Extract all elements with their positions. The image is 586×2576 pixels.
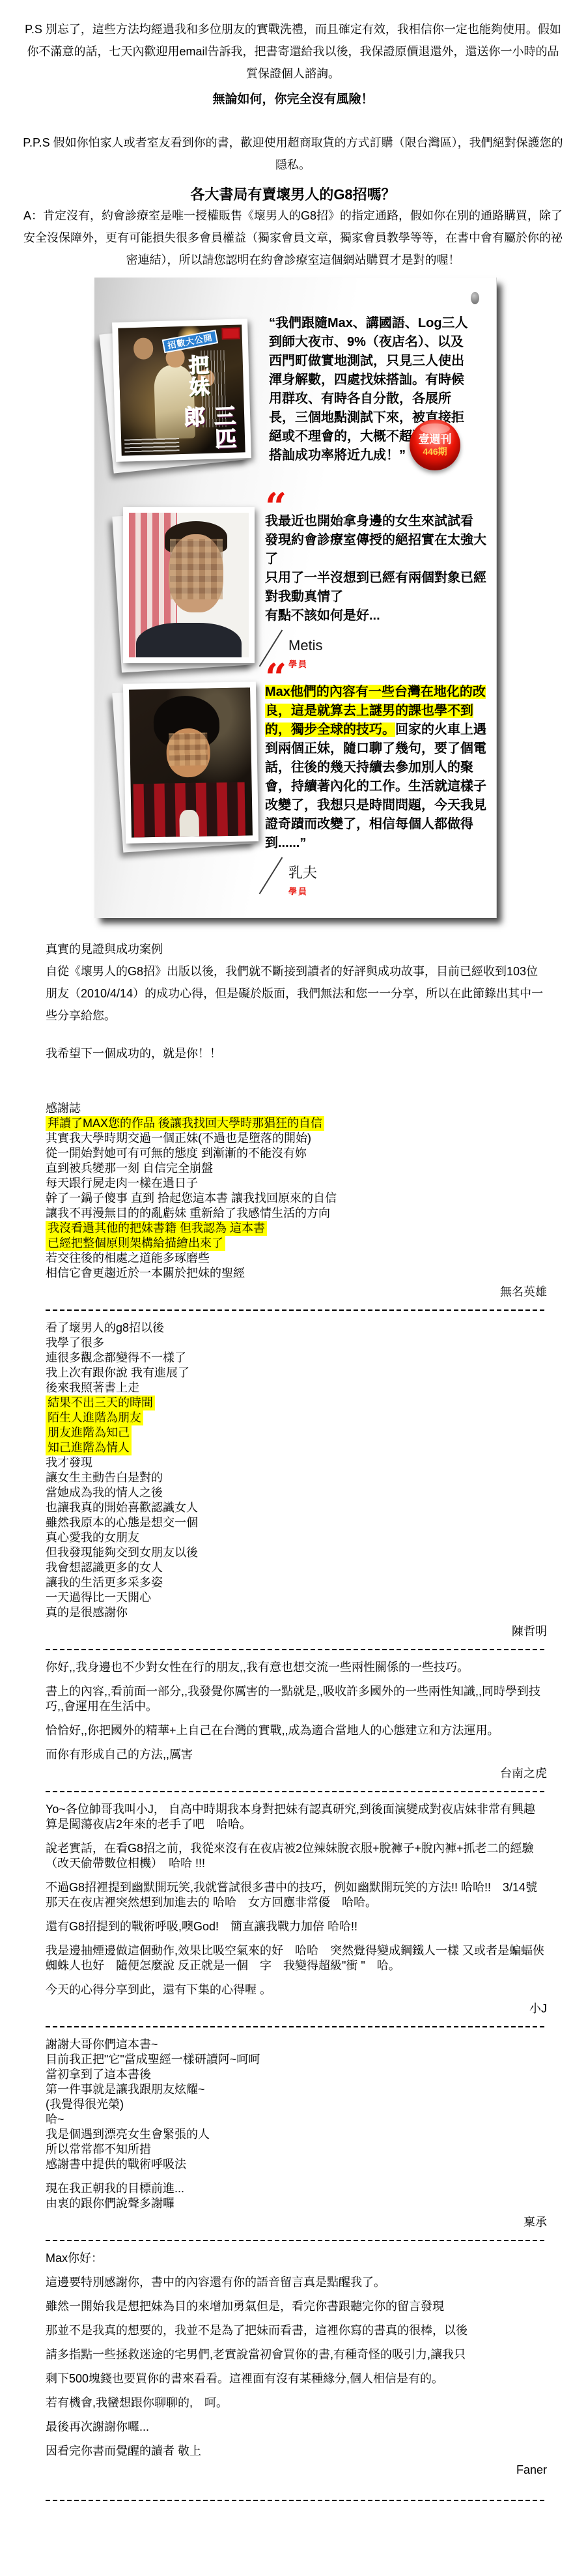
faq-question: 各大書局有賣壞男人的G8招嗎？ (22, 185, 564, 205)
photo-frame (123, 681, 258, 844)
letter-line: 說老實話，在看G8招之前，我從來沒有在夜店被2位辣妹脫衣服+脫褲子+脫內褲+抓老… (46, 1841, 547, 1871)
hole-punch-icon (471, 292, 479, 304)
testimonial-metis: “ 我最近也開始拿身邊的女生來試試看 發現約會診療室傳授的絕招實在太強大了 只用… (265, 493, 490, 674)
testimonials-intro: 真實的見證與成功案例 自從《壞男人的G8招》出版以後，我們就不斷接到讀者的好評與… (46, 938, 547, 1027)
magazine-logo-tag (221, 327, 240, 339)
dashed-separator (46, 2500, 547, 2501)
magazine-photo: 招數大公開 把妹 三匹郎 (114, 321, 249, 460)
magazine-ribbon-label: 招數大公開 (162, 330, 218, 353)
letter-line: 陌生人進階為朋友 (46, 1410, 143, 1425)
letter-line: 我學了很多 (46, 1336, 547, 1351)
letter-line: 剩下500塊錢也要買你的書來看看。這裡面有沒有某種緣分,個人相信是有的。 (46, 2371, 547, 2386)
letter-line: 讓我的生活更多采多姿 (46, 1575, 547, 1590)
letter-line: 請多指點一些拯救迷途的宅男們,老實說當初會買你的書,有種奇怪的吸引力,讓我只 (46, 2347, 547, 2362)
letter-line (46, 2338, 547, 2347)
letter-line: 已經把整個原則架構給描繪出來了 (46, 1236, 225, 1251)
letter-line (46, 1714, 547, 1723)
letter-line: 而你有形成自己的方法,,厲害 (46, 1747, 547, 1762)
letter-lines: 看了壞男人的g8招以後我學了很多連很多觀念都變得不一樣了我上次有跟你說 我有進展… (46, 1321, 547, 1620)
letter-line: 感謝書中提供的戰術呼吸法 (46, 2157, 547, 2172)
student-portrait (129, 513, 249, 657)
letter-line: 雖然我原本的心態是想交一個 (46, 1515, 547, 1530)
testimonial-role: 學員 (288, 882, 493, 901)
dashed-separator (46, 1309, 547, 1311)
reader-letter-1: 感謝誌拜讀了MAX您的作品 後讓我找回大學時那猖狂的自信其實我大學時期交過一個正… (46, 1101, 547, 1300)
reader-letter-4: Yo~各位帥哥我叫小J， 自高中時期我本身對把妹有認真研究,到後面演變成對夜店妹… (46, 1802, 547, 2016)
letter-line: 還有G8招提到的戰術呼吸,噢God! 簡直讓我戰力加倍 哈哈!! (46, 1919, 547, 1934)
letter-line: 直到被兵變那一刻 自信完全崩盤 (46, 1161, 547, 1176)
letter-lines: 謝謝大哥你們這本書~目前我正把"它"當成聖經一樣研讀阿~呵呵當初拿到了這本書後第… (46, 2037, 547, 2211)
letter-line: 我會想認識更多的女人 (46, 1560, 547, 1575)
letter-line: 我才發現 (46, 1455, 547, 1470)
letter-line (46, 2266, 547, 2275)
faq-section: 各大書局有賣壞男人的G8招嗎？ A：肯定沒有，約會診療室是唯一授權販售《壞男人的… (22, 185, 564, 271)
letter-line: 讓我不再漫無目的的亂虧妹 重新給了我感情生活的方向 (46, 1206, 547, 1221)
hope-line: 我希望下一個成功的，就是你！！ (46, 1042, 547, 1065)
letter-line: 拜讀了MAX您的作品 後讓我找回大學時那猖狂的自信 (46, 1116, 324, 1131)
letter-line: 哈~ (46, 2112, 547, 2127)
letter-signature: 小J (46, 2001, 547, 2016)
letter-line: 真心愛我的女朋友 (46, 1530, 547, 1545)
letter-line: 由衷的跟你們說聲多謝囉 (46, 2196, 547, 2211)
photo-frame (123, 507, 255, 663)
student-portrait (129, 687, 253, 837)
testimonials-text-column: 真實的見證與成功案例 自從《壞男人的G8招》出版以後，我們就不斷接到讀者的好評與… (46, 938, 547, 2501)
letter-line: 最後再次謝謝你囉... (46, 2420, 547, 2435)
testimonial-attribution: 乳夫 學員 (265, 863, 493, 901)
testimonial-text: Max他們的內容有一些台灣在地化的改良，這是就算去上謎男的課也學不到的，獨步全球… (265, 683, 493, 853)
quote-mark-icon: “ (265, 663, 493, 683)
dashed-separator (46, 1791, 547, 1792)
letter-line: 當初拿到了這本書後 (46, 2067, 547, 2082)
letter-line: 從一開始對她可有可無的態度 到漸漸的不能沒有妳 (46, 1146, 547, 1161)
letter-line: 知己進階為情人 (46, 1440, 132, 1455)
magazine-cover-photo: 招數大公開 把妹 三匹郎 (118, 324, 245, 455)
letter-line: Yo~各位帥哥我叫小J， 自高中時期我本身對把妹有認真研究,到後面演變成對夜店妹… (46, 1802, 547, 1832)
face-pixelation (170, 539, 223, 599)
letter-line: 看了壞男人的g8招以後 (46, 1321, 547, 1336)
magazine-title-green: 把妹 (182, 354, 212, 398)
letter-line: 幹了一鍋子傻事 直到 拾起您這本書 讓我找回原來的自信 (46, 1191, 547, 1206)
letter-line (46, 2435, 547, 2444)
letter-line (46, 2386, 547, 2396)
quote-mark-icon: “ (265, 493, 490, 512)
letter-line: 一天過得比一天開心 (46, 1590, 547, 1605)
letter-line: 感謝誌 (46, 1101, 547, 1116)
letter-line (46, 2362, 547, 2371)
letter-line (46, 1832, 547, 1841)
reader-letter-6: Max你好：這邊要特別感謝你，書中的內容還有你的語音留言真是點醒我了。雖然一開始… (46, 2251, 547, 2478)
letter-line: 現在我正朝我的目標前進... (46, 2181, 547, 2196)
faq-answer: A：肯定沒有，約會診療室是唯一授權販售《壞男人的G8招》的指定通路，假如你在別的… (22, 205, 564, 271)
letter-line (46, 1871, 547, 1880)
letter-line: 恰恰好,,你把國外的精華+上自己在台灣的實戰,,成為適合當地人的心態建立和方法運… (46, 1723, 547, 1738)
letter-line: 結果不出三天的時間 (46, 1395, 155, 1410)
magazine-title-pink: 三匹郎 (178, 405, 240, 455)
magazine-issue-badge: 壹週刊 446期 (410, 420, 460, 470)
letter-lines: Max你好：這邊要特別感謝你，書中的內容還有你的語音留言真是點醒我了。雖然一開始… (46, 2251, 547, 2459)
letter-line: 目前我正把"它"當成聖經一樣研讀阿~呵呵 (46, 2052, 547, 2067)
letter-line (46, 2314, 547, 2323)
letter-line: 所以常常都不知所措 (46, 2142, 547, 2157)
letter-line: 你好,,我身邊也不少對女性在行的朋友,,我有意也想交流一些兩性關係的一些技巧。 (46, 1660, 547, 1675)
letter-line: 朋友進階為知己 (46, 1425, 132, 1440)
letter-line: 每天跟行屍走肉一樣在過日子 (46, 1176, 547, 1191)
face-pixelation (169, 733, 208, 766)
letter-line: 其實我大學時期交過一個正妹(不過也是墮落的開始) (46, 1131, 547, 1146)
letter-signature: 無名英雄 (46, 1285, 547, 1300)
reader-letter-3: 你好,,我身邊也不少對女性在行的朋友,,我有意也想交流一些兩性關係的一些技巧。書… (46, 1660, 547, 1781)
ps-section: P.S 別忘了，這些方法均經過我和多位朋友的實戰洗禮，而且確定有效，我相信你一定… (22, 0, 564, 111)
letter-signature: 陳哲明 (46, 1624, 547, 1639)
letter-line: 後來我照著書上走 (46, 1381, 547, 1395)
letter-line: 今天的心得分享到此，還有下集的心得喔 。 (46, 1982, 547, 1997)
photo-frame: 招數大公開 把妹 三匹郎 (112, 319, 251, 462)
letter-line: 第一件事就是讓我跟朋友炫耀~ (46, 2082, 547, 2097)
dashed-separator (46, 2240, 547, 2241)
letter-line: 也讓我真的開始喜歡認識女人 (46, 1500, 547, 1515)
letter-signature: Faner (46, 2463, 547, 2478)
letter-lines: 感謝誌拜讀了MAX您的作品 後讓我找回大學時那猖狂的自信其實我大學時期交過一個正… (46, 1101, 547, 1281)
letter-signature: 台南之虎 (46, 1766, 547, 1781)
testimonial-text: 我最近也開始拿身邊的女生來試試看 發現約會診療室傳授的絕招實在太強大了 只用了一… (265, 512, 490, 625)
letter-line: (我覺得很光榮) (46, 2097, 547, 2112)
letter-line: 若有機會,我蠻想跟你聊聊的, 呵。 (46, 2396, 547, 2411)
letter-line: 連很多觀念都變得不一樣了 (46, 1351, 547, 1366)
white-tee (180, 810, 199, 837)
letter-line: Max你好： (46, 2251, 547, 2266)
person-figure (133, 337, 154, 360)
letter-line: 我上次有跟你說 我有進展了 (46, 1366, 547, 1381)
ps-text: P.S 別忘了，這些方法均經過我和多位朋友的實戰洗禮，而且確定有效，我相信你一定… (22, 18, 564, 85)
badge-magazine-name: 壹週刊 (419, 433, 452, 446)
letter-line (46, 1934, 547, 1943)
pps-section: P.P.S 假如你怕家人或者室友看到你的書，歡迎使用超商取貨的方式訂購（限台灣區… (22, 132, 564, 176)
letter-line: 真的是很感謝你 (46, 1605, 547, 1620)
letter-line: 謝謝大哥你們這本書~ (46, 2037, 547, 2052)
letter-line: 若交往後的相處之道能多琢磨些 (46, 1251, 547, 1266)
letter-line (46, 2172, 547, 2181)
testimonial-paper: 招數大公開 把妹 三匹郎 “我們跟隨Max、講國語、Log三人到師大夜市、9%（… (94, 278, 497, 918)
sales-letter-page: P.S 別忘了，這些方法均經過我和多位朋友的實戰洗禮，而且確定有效，我相信你一定… (0, 0, 586, 2501)
letter-line: 讓女生主動告白是對的 (46, 1470, 547, 1485)
letter-line: 雖然一開始我是想把妹為目的來增加勇氣但是，看完你書跟聽完你的留言發現 (46, 2299, 547, 2314)
letter-line: 相信它會更趨近於一本關於把妹的聖經 (46, 1266, 547, 1281)
reader-letter-2: 看了壞男人的g8招以後我學了很多連很多觀念都變得不一樣了我上次有跟你說 我有進展… (46, 1321, 547, 1639)
no-risk-line: 無論如何，你完全沒有風險！ (22, 89, 564, 111)
letter-line (46, 1738, 547, 1747)
pps-text: P.P.S 假如你怕家人或者室友看到你的書，歡迎使用超商取貨的方式訂購（限台灣區… (22, 132, 564, 176)
person-shirt (136, 623, 242, 657)
letter-line: 那並不是我真的想要的，我並不是為了把妹而看書，這裡你寫的書真的很棒，以後 (46, 2323, 547, 2338)
dashed-separator (46, 2026, 547, 2027)
letter-lines: Yo~各位帥哥我叫小J， 自高中時期我本身對把妹有認真研究,到後面演變成對夜店妹… (46, 1802, 547, 1997)
letter-line: 但我發現能夠交到女朋友以後 (46, 1545, 547, 1560)
testimonial-name: 乳夫 (288, 863, 493, 882)
letter-line: 當她成為我的情人之後 (46, 1485, 547, 1500)
letter-line (46, 2411, 547, 2420)
testimonial-name: Metis (288, 636, 490, 655)
slash-line (259, 857, 283, 894)
letter-lines: 你好,,我身邊也不少對女性在行的朋友,,我有意也想交流一些兩性關係的一些技巧。書… (46, 1660, 547, 1762)
letter-line (46, 1675, 547, 1684)
photo-caption-texture (124, 438, 180, 452)
letter-line: 我沒看過其他的把妹書籍 但我認為 這本書 (46, 1221, 267, 1236)
letter-line (46, 1910, 547, 1919)
letter-line: 因看完你書而覺醒的讀者 敬上 (46, 2444, 547, 2459)
letter-signature: 稟承 (46, 2215, 547, 2230)
dashed-separator (46, 1649, 547, 1650)
letter-line: 我是個遇到漂亮女生會緊張的人 (46, 2127, 547, 2142)
reader-letter-5: 謝謝大哥你們這本書~目前我正把"它"當成聖經一樣研讀阿~呵呵當初拿到了這本書後第… (46, 2037, 547, 2230)
student-photo-metis (123, 507, 255, 663)
letter-line: 不過G8招裡提到幽默開玩笑,我就嘗試很多書中的技巧，例如幽默開玩笑的方法!! 哈… (46, 1880, 547, 1910)
letter-line: 我是邊抽煙邊做這個動作,效果比吸空氣來的好 哈哈 突然覺得變成鋼鐵人一樣 又或者… (46, 1943, 547, 1973)
badge-issue-number: 446期 (423, 446, 447, 457)
letter-line: 書上的內容,,看前面一部分,,我發覺你厲害的一點就是,,吸收許多國外的一些兩性知… (46, 1684, 547, 1714)
letter-line (46, 2290, 547, 2299)
testimonial-rufu: “ Max他們的內容有一些台灣在地化的改良，這是就算去上謎男的課也學不到的，獨步… (265, 663, 493, 901)
student-photo-rufu (124, 683, 257, 842)
letter-line: 這邊要特別感謝你，書中的內容還有你的語音留言真是點醒我了。 (46, 2275, 547, 2290)
testimonial-body: 回家的火車上遇到兩個正妹，隨口聊了幾句，要了個電話，往後的幾天持續去參加別人的聚… (265, 723, 486, 850)
letter-line (46, 1973, 547, 1982)
